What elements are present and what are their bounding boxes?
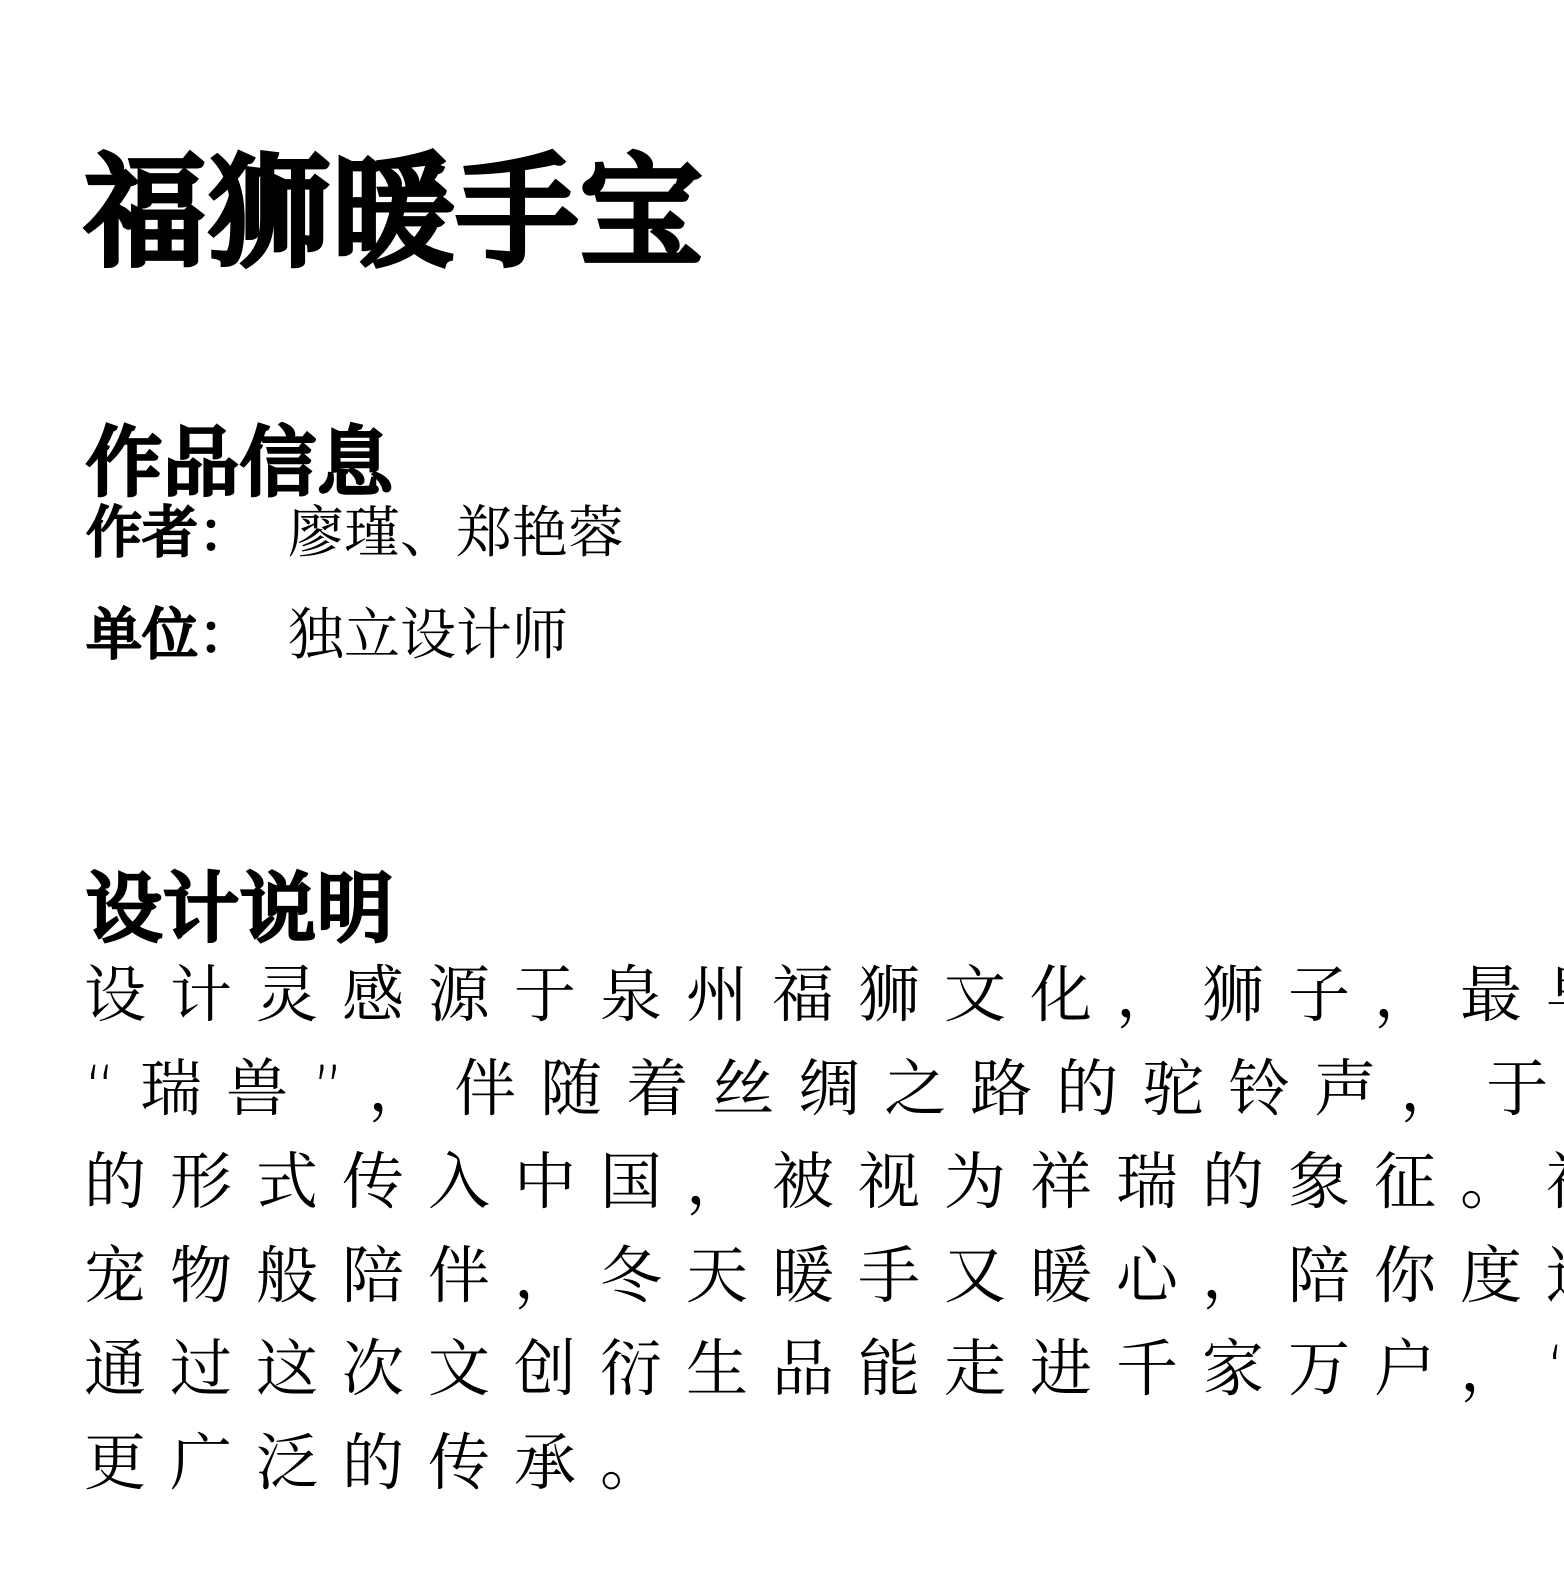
description-line: 更广泛的传承。 xyxy=(84,1416,1484,1510)
description-line: 宠物般陪伴，冬天暖手又暖心，陪你度过每个冬天。 xyxy=(84,1229,1484,1323)
work-info-heading: 作品信息 xyxy=(86,425,394,501)
design-description-heading: 设计说明 xyxy=(86,871,394,947)
description-line: 通过这次文创衍生品能走进千家万户，“狮”精神能被 xyxy=(84,1322,1484,1416)
organization-value: 独立设计师 xyxy=(288,608,568,664)
organization-label: 单位 xyxy=(86,608,198,664)
author-label: 作者 xyxy=(86,506,198,562)
author-row: 作者 ： 廖瑾、郑艳蓉 xyxy=(86,506,624,562)
description-line: 设计灵感源于泉州福狮文化，狮子，最早来自西域的 xyxy=(84,948,1484,1042)
author-colon: ： xyxy=(198,506,254,562)
design-description-body: 设计灵感源于泉州福狮文化，狮子，最早来自西域的 “瑞兽”，伴随着丝绸之路的驼铃声… xyxy=(84,948,1484,1509)
description-line: 的形式传入中国，被视为祥瑞的象征。福狮暖手宝如 xyxy=(84,1135,1484,1229)
page-title: 福狮暖手宝 xyxy=(84,152,704,274)
author-value: 廖瑾、郑艳蓉 xyxy=(288,506,624,562)
organization-colon: ： xyxy=(198,608,254,664)
organization-row: 单位 ： 独立设计师 xyxy=(86,608,568,664)
description-line: “瑞兽”，伴随着丝绸之路的驼铃声，于汉代以“贡狮” xyxy=(84,1042,1484,1136)
